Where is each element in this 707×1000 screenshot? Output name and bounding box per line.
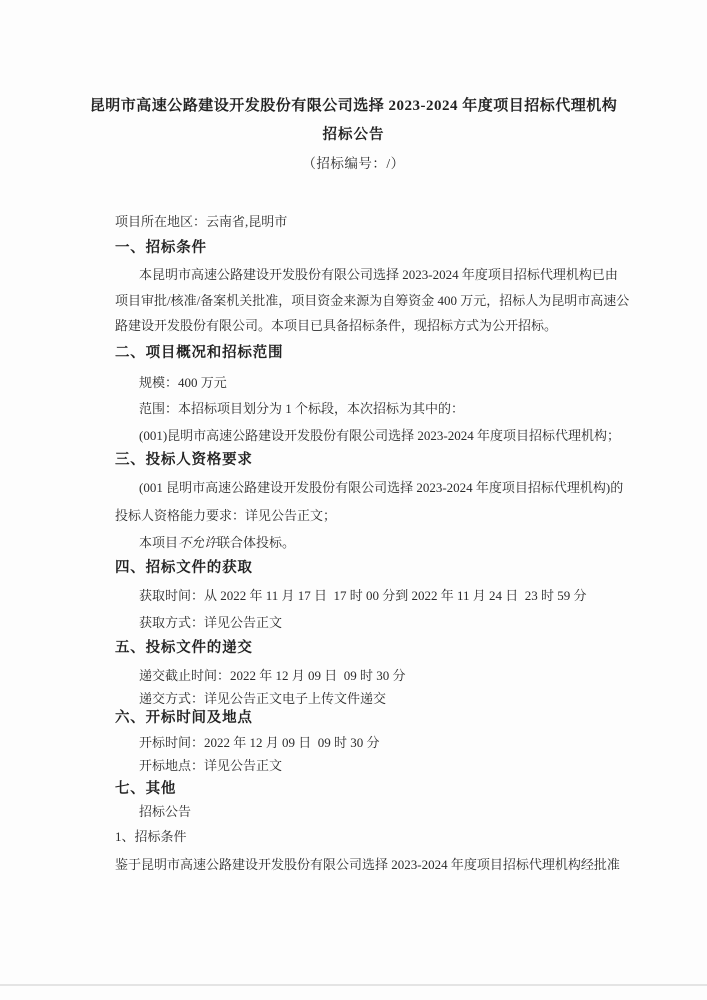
section4-heading: 四、招标文件的获取: [115, 561, 253, 576]
section4-obtain-method: 获取方式：详见公告正文: [139, 616, 282, 629]
tender-number: （招标编号：/）: [0, 157, 707, 171]
page-bottom-scan-line: [0, 984, 707, 986]
section7-heading: 七、其他: [115, 782, 176, 797]
section1-paragraph-line3: 路建设开发股份有限公司。本项目已具备招标条件，现招标方式为公开招标。: [115, 319, 557, 332]
section3-heading: 三、投标人资格要求: [115, 453, 253, 468]
section2-scope: 范围：本招标项目划分为 1 个标段，本次招标为其中的：: [139, 402, 464, 415]
section4-obtain-time: 获取时间：从 2022 年 11 月 17 日 17 时 00 分到 2022 …: [139, 589, 587, 602]
section5-method: 递交方式：详见公告正文电子上传文件递交: [139, 692, 386, 705]
section6-heading: 六、开标时间及地点: [115, 711, 253, 726]
project-location: 项目所在地区：云南省,昆明市: [115, 215, 287, 228]
section7-line3: 鉴于昆明市高速公路建设开发股份有限公司选择 2023-2024 年度项目招标代理…: [115, 858, 620, 871]
joint-bid-prefix: 本项目: [139, 535, 178, 550]
section1-paragraph-line1: 本昆明市高速公路建设开发股份有限公司选择 2023-2024 年度项目招标代理机…: [139, 268, 618, 281]
section6-open-place: 开标地点：详见公告正文: [139, 759, 282, 772]
joint-bid-not-allowed: 不允许: [178, 535, 217, 550]
section3-joint-bid-line: 本项目不允许联合体投标。: [139, 536, 295, 549]
section3-paragraph-line2: 投标人资格能力要求：详见公告正文；: [115, 509, 336, 522]
section2-scale: 规模：400 万元: [139, 376, 227, 389]
section6-open-time: 开标时间：2022 年 12 月 09 日 09 时 30 分: [139, 736, 380, 749]
section1-paragraph-line2: 项目审批/核准/备案机关批准，项目资金来源为自筹资金 400 万元，招标人为昆明…: [115, 294, 629, 307]
section1-heading: 一、招标条件: [115, 241, 207, 256]
document-subtitle: 招标公告: [0, 128, 707, 143]
section2-heading: 二、项目概况和招标范围: [115, 346, 283, 361]
joint-bid-suffix: 联合体投标。: [217, 535, 295, 550]
section7-line1: 招标公告: [139, 805, 191, 818]
section5-deadline: 递交截止时间：2022 年 12 月 09 日 09 时 30 分: [139, 669, 406, 682]
document-page: 昆明市高速公路建设开发股份有限公司选择 2023-2024 年度项目招标代理机构…: [0, 0, 707, 1000]
section7-line2: 1、招标条件: [115, 830, 187, 843]
section3-paragraph-line1: (001 昆明市高速公路建设开发股份有限公司选择 2023-2024 年度项目招…: [139, 481, 623, 494]
section2-lot-item: (001)昆明市高速公路建设开发股份有限公司选择 2023-2024 年度项目招…: [139, 429, 620, 442]
section5-heading: 五、投标文件的递交: [115, 641, 253, 656]
document-title: 昆明市高速公路建设开发股份有限公司选择 2023-2024 年度项目招标代理机构: [0, 99, 707, 114]
